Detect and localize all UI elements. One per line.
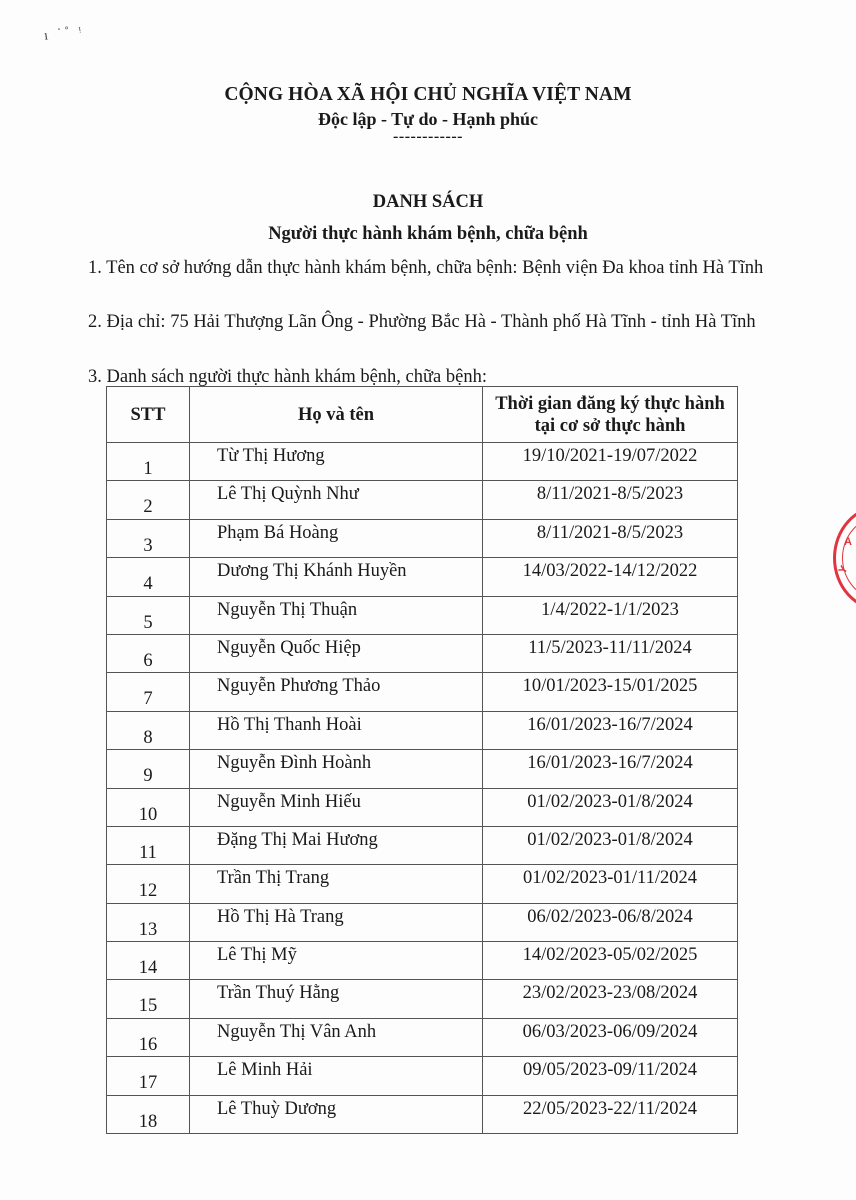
row-stt: 13 [107,904,189,941]
row-name: Lê Thị Quỳnh Như [190,481,482,505]
row-name-cell: Nguyễn Quốc Hiệp [190,634,483,672]
national-motto: Độc lập - Tự do - Hạnh phúc [0,109,856,130]
row-name: Từ Thị Hương [190,443,482,467]
table-row: 17Lê Minh Hải09/05/2023-09/11/2024 [107,1057,738,1095]
row-time-cell: 01/02/2023-01/8/2024 [483,788,738,826]
table-row: 11Đặng Thị Mai Hương01/02/2023-01/8/2024 [107,826,738,864]
row-name: Lê Minh Hải [190,1057,482,1081]
document-subtitle: Người thực hành khám bệnh, chữa bệnh [0,224,856,245]
row-stt-cell: 2 [107,481,190,519]
row-name: Lê Thuỳ Dương [190,1096,482,1120]
row-time: 01/02/2023-01/8/2024 [483,789,737,813]
header-stt: STT [107,387,190,443]
row-time: 19/10/2021-19/07/2022 [483,443,737,467]
row-stt-cell: 3 [107,519,190,557]
row-name: Nguyễn Thị Vân Anh [190,1019,482,1043]
row-time-cell: 16/01/2023-16/7/2024 [483,711,738,749]
row-stt-cell: 10 [107,788,190,826]
row-time: 14/03/2022-14/12/2022 [483,558,737,582]
scan-artifact: ı ˙˚ ᵎ [43,23,85,44]
row-name: Lê Thị Mỹ [190,942,482,966]
row-name-cell: Lê Thị Mỹ [190,942,483,980]
row-time-cell: 16/01/2023-16/7/2024 [483,750,738,788]
row-stt: 14 [107,942,189,979]
row-stt-cell: 13 [107,903,190,941]
row-time-cell: 23/02/2023-23/08/2024 [483,980,738,1018]
row-stt: 6 [107,635,189,672]
row-stt: 15 [107,980,189,1017]
row-stt-cell: 11 [107,826,190,864]
row-time: 10/01/2023-15/01/2025 [483,673,737,697]
row-name-cell: Nguyễn Phương Thảo [190,673,483,711]
table-row: 12Trần Thị Trang01/02/2023-01/11/2024 [107,865,738,903]
row-name: Hồ Thị Thanh Hoài [190,712,482,736]
row-name-cell: Đặng Thị Mai Hương [190,826,483,864]
table-row: 16Nguyễn Thị Vân Anh06/03/2023-06/09/202… [107,1018,738,1056]
row-time: 11/5/2023-11/11/2024 [483,635,737,659]
row-time: 23/02/2023-23/08/2024 [483,980,737,1004]
row-time: 16/01/2023-16/7/2024 [483,750,737,774]
table-header-row: STT Họ và tên Thời gian đăng ký thực hàn… [107,387,738,443]
row-name: Trần Thuý Hằng [190,980,482,1004]
table-row: 2Lê Thị Quỳnh Như8/11/2021-8/5/2023 [107,481,738,519]
row-time-cell: 19/10/2021-19/07/2022 [483,443,738,481]
row-time: 8/11/2021-8/5/2023 [483,481,737,505]
row-time-cell: 06/03/2023-06/09/2024 [483,1018,738,1056]
row-stt: 3 [107,520,189,557]
row-stt-cell: 8 [107,711,190,749]
row-stt: 12 [107,865,189,902]
row-stt-cell: 15 [107,980,190,1018]
row-time-cell: 01/02/2023-01/8/2024 [483,826,738,864]
row-time-cell: 22/05/2023-22/11/2024 [483,1095,738,1133]
row-name: Dương Thị Khánh Huyền [190,558,482,582]
row-stt-cell: 9 [107,750,190,788]
table-row: 15Trần Thuý Hằng23/02/2023-23/08/2024 [107,980,738,1018]
row-name: Phạm Bá Hoàng [190,520,482,544]
row-time: 01/02/2023-01/8/2024 [483,827,737,851]
header-time: Thời gian đăng ký thực hành tại cơ sở th… [483,387,738,443]
row-time-cell: 14/02/2023-05/02/2025 [483,942,738,980]
table-row: 3Phạm Bá Hoàng8/11/2021-8/5/2023 [107,519,738,557]
table-row: 10Nguyễn Minh Hiếu01/02/2023-01/8/2024 [107,788,738,826]
row-stt-cell: 6 [107,634,190,672]
row-name-cell: Lê Thuỳ Dương [190,1095,483,1133]
table-row: 4Dương Thị Khánh Huyền14/03/2022-14/12/2… [107,558,738,596]
row-name-cell: Lê Thị Quỳnh Như [190,481,483,519]
document-title: DANH SÁCH [0,192,856,213]
row-time: 06/03/2023-06/09/2024 [483,1019,737,1043]
row-time-cell: 09/05/2023-09/11/2024 [483,1057,738,1095]
row-stt: 11 [107,827,189,864]
document-page: ı ˙˚ ᵎ CỘNG HÒA XÃ HỘI CHỦ NGHĨA VIỆT NA… [0,0,856,1200]
row-stt: 2 [107,481,189,518]
row-name: Nguyễn Quốc Hiệp [190,635,482,659]
nation-heading: CỘNG HÒA XÃ HỘI CHỦ NGHĨA VIỆT NAM [0,84,856,106]
row-name-cell: Nguyễn Thị Vân Anh [190,1018,483,1056]
row-time: 1/4/2022-1/1/2023 [483,597,737,621]
official-red-stamp: A Y [833,505,856,611]
row-stt: 10 [107,789,189,826]
row-name-cell: Trần Thị Trang [190,865,483,903]
row-time: 09/05/2023-09/11/2024 [483,1057,737,1081]
row-stt-cell: 5 [107,596,190,634]
row-time-cell: 8/11/2021-8/5/2023 [483,481,738,519]
row-name: Đặng Thị Mai Hương [190,827,482,851]
row-time: 14/02/2023-05/02/2025 [483,942,737,966]
row-stt-cell: 14 [107,942,190,980]
table-body: 1Từ Thị Hương19/10/2021-19/07/20222Lê Th… [107,443,738,1134]
table-row: 18Lê Thuỳ Dương22/05/2023-22/11/2024 [107,1095,738,1133]
row-name-cell: Từ Thị Hương [190,443,483,481]
row-name-cell: Nguyễn Đình Hoành [190,750,483,788]
row-stt-cell: 18 [107,1095,190,1133]
table-row: 1Từ Thị Hương19/10/2021-19/07/2022 [107,443,738,481]
row-stt: 8 [107,712,189,749]
stamp-inner-ring [842,516,856,600]
row-stt-cell: 4 [107,558,190,596]
row-name: Trần Thị Trang [190,865,482,889]
row-time: 22/05/2023-22/11/2024 [483,1096,737,1120]
row-stt: 7 [107,673,189,710]
row-time-cell: 06/02/2023-06/8/2024 [483,903,738,941]
row-time-cell: 10/01/2023-15/01/2025 [483,673,738,711]
row-time-cell: 01/02/2023-01/11/2024 [483,865,738,903]
row-time: 8/11/2021-8/5/2023 [483,520,737,544]
table-row: 7Nguyễn Phương Thảo10/01/2023-15/01/2025 [107,673,738,711]
row-stt: 5 [107,597,189,634]
row-stt: 17 [107,1057,189,1094]
row-name: Nguyễn Thị Thuận [190,597,482,621]
row-time-cell: 11/5/2023-11/11/2024 [483,634,738,672]
practitioner-table: STT Họ và tên Thời gian đăng ký thực hàn… [106,386,738,1134]
table-row: 8Hồ Thị Thanh Hoài16/01/2023-16/7/2024 [107,711,738,749]
row-stt-cell: 7 [107,673,190,711]
header-separator: ------------ [0,128,856,146]
table-row: 5Nguyễn Thị Thuận1/4/2022-1/1/2023 [107,596,738,634]
table-row: 9Nguyễn Đình Hoành16/01/2023-16/7/2024 [107,750,738,788]
row-name-cell: Nguyễn Thị Thuận [190,596,483,634]
row-stt-cell: 12 [107,865,190,903]
row-time: 16/01/2023-16/7/2024 [483,712,737,736]
row-time-cell: 1/4/2022-1/1/2023 [483,596,738,634]
row-stt: 16 [107,1019,189,1056]
row-name-cell: Phạm Bá Hoàng [190,519,483,557]
table-row: 13Hồ Thị Hà Trang06/02/2023-06/8/2024 [107,903,738,941]
row-time-cell: 14/03/2022-14/12/2022 [483,558,738,596]
row-stt-cell: 16 [107,1018,190,1056]
row-name: Nguyễn Đình Hoành [190,750,482,774]
row-stt: 1 [107,443,189,480]
row-time: 06/02/2023-06/8/2024 [483,904,737,928]
row-stt-cell: 1 [107,443,190,481]
row-name: Nguyễn Minh Hiếu [190,789,482,813]
row-stt: 18 [107,1096,189,1133]
row-name-cell: Dương Thị Khánh Huyền [190,558,483,596]
table-row: 6Nguyễn Quốc Hiệp11/5/2023-11/11/2024 [107,634,738,672]
row-name-cell: Nguyễn Minh Hiếu [190,788,483,826]
row-name: Hồ Thị Hà Trang [190,904,482,928]
row-name-cell: Hồ Thị Hà Trang [190,903,483,941]
row-name-cell: Lê Minh Hải [190,1057,483,1095]
row-stt-cell: 17 [107,1057,190,1095]
row-time: 01/02/2023-01/11/2024 [483,865,737,889]
stamp-letter: A [844,536,852,548]
row-name-cell: Trần Thuý Hằng [190,980,483,1018]
row-name-cell: Hồ Thị Thanh Hoài [190,711,483,749]
header-name: Họ và tên [190,387,483,443]
facility-name-paragraph: 1. Tên cơ sở hướng dẫn thực hành khám bệ… [88,255,768,281]
row-time-cell: 8/11/2021-8/5/2023 [483,519,738,557]
table-row: 14Lê Thị Mỹ14/02/2023-05/02/2025 [107,942,738,980]
row-stt: 9 [107,750,189,787]
address-paragraph: 2. Địa chỉ: 75 Hải Thượng Lãn Ông - Phườ… [88,309,768,335]
row-name: Nguyễn Phương Thảo [190,673,482,697]
row-stt: 4 [107,558,189,595]
